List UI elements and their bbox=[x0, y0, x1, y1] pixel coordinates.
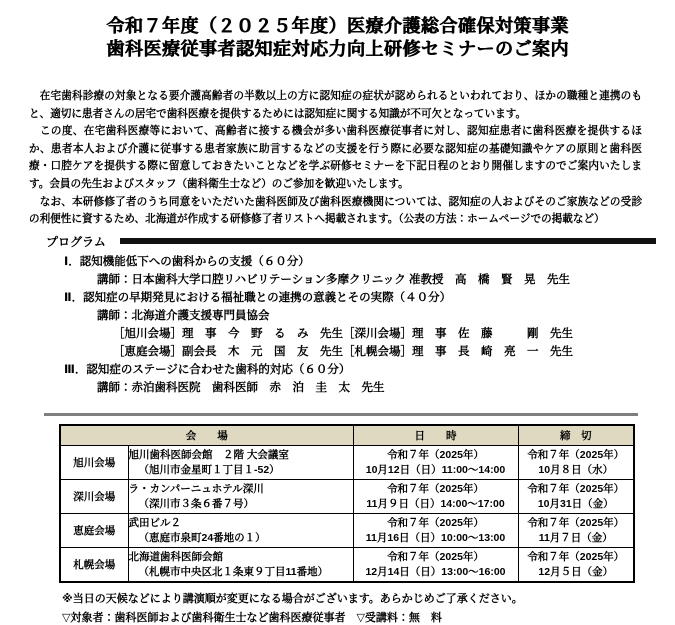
deadline-cell: 令和７年（2025年） 10月８日（水） bbox=[518, 446, 634, 480]
seminar-announcement-page: 令和７年度（２０２５年度）医療介護総合確保対策事業 歯科医療従事者認知症対応力向… bbox=[0, 0, 675, 625]
program-heading-row: プログラム bbox=[46, 233, 656, 250]
venue-cell: 武田ビル２ （恵庭市泉町24番地の１） bbox=[128, 514, 353, 548]
venue-address: （深川市３条６番７号） bbox=[129, 497, 353, 512]
section-separator-line bbox=[44, 413, 638, 416]
program-list: Ⅰ．認知機能低下への歯科からの支援（６０分） 講師：日本歯科大学口腔リハビリテー… bbox=[64, 253, 655, 397]
audience-fee-note: ▽対象者：歯科医師および歯科衛生士など歯科医療従事者 ▽受講料：無 料 bbox=[62, 609, 655, 625]
deadline-year: 令和７年（2025年） bbox=[519, 448, 634, 463]
table-row-asahikawa: 旭川会場 旭川歯科医師会館 ２階 大会議室 （旭川市金星町１丁目１-52） 令和… bbox=[60, 446, 634, 480]
venue-label: 札幌会場 bbox=[60, 548, 128, 582]
weather-note: ※当日の天候などにより講演順が変更になる場合がございます。あらかじめご了承くださ… bbox=[62, 590, 655, 609]
page-title-line2: 歯科医療従事者認知症対応力向上研修セミナーのご案内 bbox=[0, 38, 675, 61]
date-detail: 11月９日（日）14:00～17:00 bbox=[354, 497, 518, 512]
program-item-3-title: Ⅲ．認知症のステージに合わせた歯科的対応（６０分） bbox=[64, 361, 655, 379]
datetime-cell: 令和７年（2025年） 10月12日（日）11:00～14:00 bbox=[353, 446, 518, 480]
venue-name: 北海道歯科医師会館 bbox=[129, 550, 353, 565]
venue-label: 旭川会場 bbox=[60, 446, 128, 480]
program-item-2-lecturers-line2: ［旭川会場］理 事 今 野 る み 先生［深川会場］理 事 佐 藤 剛 先生 bbox=[64, 325, 655, 343]
table-header-row: 会 場 日 時 締 切 bbox=[60, 425, 634, 446]
date-detail: 11月16日（日）10:00～13:00 bbox=[354, 531, 518, 546]
venue-cell: 旭川歯科医師会館 ２階 大会議室 （旭川市金星町１丁目１-52） bbox=[128, 446, 353, 480]
deadline-year: 令和７年（2025年） bbox=[519, 482, 634, 497]
date-year: 令和７年（2025年） bbox=[354, 516, 518, 531]
program-heading-bar bbox=[120, 238, 656, 244]
deadline-year: 令和７年（2025年） bbox=[519, 550, 634, 565]
program-heading-label: プログラム bbox=[46, 233, 106, 250]
deadline-cell: 令和７年（2025年） 11月７日（金） bbox=[518, 514, 634, 548]
venue-cell: 北海道歯科医師会館 （札幌市中央区北１条東９丁目11番地） bbox=[128, 548, 353, 582]
program-item-3-lecturer: 講師：赤泊歯科医院 歯科医師 赤 泊 圭 太 先生 bbox=[64, 379, 655, 397]
venue-address: （札幌市中央区北１条東９丁目11番地） bbox=[129, 565, 353, 580]
venue-label: 恵庭会場 bbox=[60, 514, 128, 548]
program-item-2-lecturer: 講師：北海道介護支援専門員協会 bbox=[64, 307, 655, 325]
date-detail: 10月12日（日）11:00～14:00 bbox=[354, 463, 518, 478]
program-item-2-lecturers-line3: ［恵庭会場］副会長 木 元 国 友 先生［札幌会場］理 事 長 崎 亮 一 先生 bbox=[64, 343, 655, 361]
table-header-venue: 会 場 bbox=[60, 425, 353, 446]
deadline-detail: 10月31日（金） bbox=[519, 497, 634, 512]
intro-paragraph-1: 在宅歯科診療の対象となる要介護高齢者の半数以上の方に認知症の症状が認められるとい… bbox=[29, 88, 642, 123]
program-item-1-lecturer: 講師：日本歯科大学口腔リハビリテーション多摩クリニック 准教授 高 橋 賢 晃 … bbox=[64, 271, 655, 289]
intro-paragraph-2: この度、在宅歯科医療等において、高齢者に接する機会が多い歯科医療従事者に対し、認… bbox=[29, 123, 642, 193]
schedule-table: 会 場 日 時 締 切 旭川会場 旭川歯科医師会館 ２階 大会議室 （旭川市金星… bbox=[59, 424, 635, 583]
table-header-deadline: 締 切 bbox=[518, 425, 634, 446]
table-row-sapporo: 札幌会場 北海道歯科医師会館 （札幌市中央区北１条東９丁目11番地） 令和７年（… bbox=[60, 548, 634, 582]
datetime-cell: 令和７年（2025年） 12月14日（日）13:00～16:00 bbox=[353, 548, 518, 582]
page-title-line1: 令和７年度（２０２５年度）医療介護総合確保対策事業 bbox=[0, 15, 675, 38]
venue-label: 深川会場 bbox=[60, 480, 128, 514]
venue-cell: ラ・カンパーニュホテル深川 （深川市３条６番７号） bbox=[128, 480, 353, 514]
program-item-2-title: Ⅱ．認知症の早期発見における福祉職との連携の意義とその実際（４０分） bbox=[64, 289, 655, 307]
deadline-cell: 令和７年（2025年） 10月31日（金） bbox=[518, 480, 634, 514]
venue-name: ラ・カンパーニュホテル深川 bbox=[129, 482, 353, 497]
venue-address: （恵庭市泉町24番地の１） bbox=[129, 531, 353, 546]
program-item-1-title: Ⅰ．認知機能低下への歯科からの支援（６０分） bbox=[64, 253, 655, 271]
venue-name: 武田ビル２ bbox=[129, 516, 353, 531]
deadline-cell: 令和７年（2025年） 12月５日（金） bbox=[518, 548, 634, 582]
table-header-datetime: 日 時 bbox=[353, 425, 518, 446]
date-year: 令和７年（2025年） bbox=[354, 550, 518, 565]
deadline-detail: 12月５日（金） bbox=[519, 565, 634, 580]
table-row-eniwa: 恵庭会場 武田ビル２ （恵庭市泉町24番地の１） 令和７年（2025年） 11月… bbox=[60, 514, 634, 548]
deadline-detail: 11月７日（金） bbox=[519, 531, 634, 546]
footer-notes: ※当日の天候などにより講演順が変更になる場合がございます。あらかじめご了承くださ… bbox=[62, 590, 655, 625]
date-year: 令和７年（2025年） bbox=[354, 482, 518, 497]
datetime-cell: 令和７年（2025年） 11月９日（日）14:00～17:00 bbox=[353, 480, 518, 514]
deadline-year: 令和７年（2025年） bbox=[519, 516, 634, 531]
datetime-cell: 令和７年（2025年） 11月16日（日）10:00～13:00 bbox=[353, 514, 518, 548]
date-detail: 12月14日（日）13:00～16:00 bbox=[354, 565, 518, 580]
page-title: 令和７年度（２０２５年度）医療介護総合確保対策事業 歯科医療従事者認知症対応力向… bbox=[0, 0, 675, 61]
venue-name: 旭川歯科医師会館 ２階 大会議室 bbox=[129, 448, 353, 463]
intro-paragraph-3: なお、本研修修了者のうち同意をいただいた歯科医師及び歯科医療機関については、認知… bbox=[29, 194, 642, 229]
intro-text: 在宅歯科診療の対象となる要介護高齢者の半数以上の方に認知症の症状が認められるとい… bbox=[29, 88, 642, 229]
deadline-detail: 10月８日（水） bbox=[519, 463, 634, 478]
venue-address: （旭川市金星町１丁目１-52） bbox=[129, 463, 353, 478]
date-year: 令和７年（2025年） bbox=[354, 448, 518, 463]
table-row-fukagawa: 深川会場 ラ・カンパーニュホテル深川 （深川市３条６番７号） 令和７年（2025… bbox=[60, 480, 634, 514]
